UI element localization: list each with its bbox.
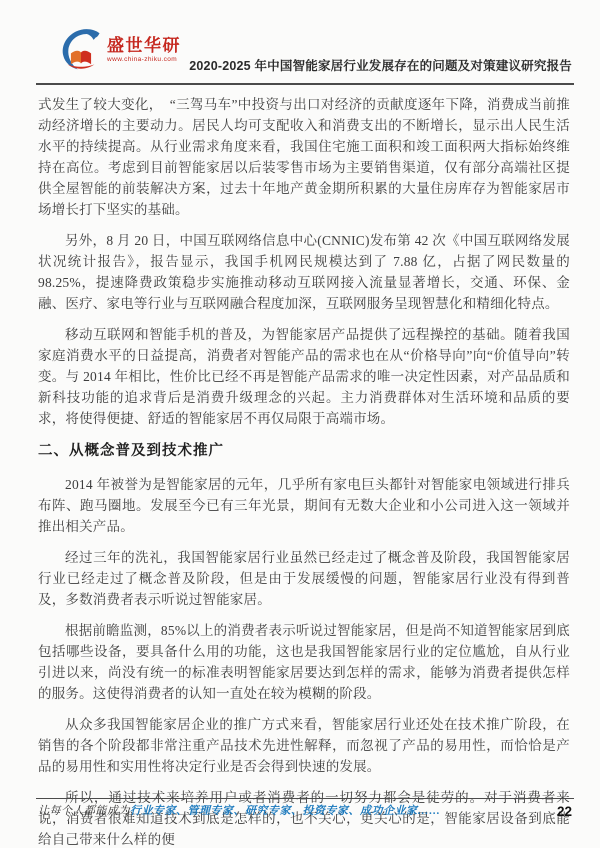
- logo-company-name: 盛世华研: [107, 37, 181, 55]
- logo-website: www.china-zhiku.com: [107, 56, 181, 63]
- footer-slogan-prefix: 让每个人都能成为: [38, 805, 130, 817]
- page-footer: 让每个人都能成为行业专家、管理专家、研究专家、投资专家、成功企业家…… 22: [0, 798, 600, 819]
- footer-row: 让每个人都能成为行业专家、管理专家、研究专家、投资专家、成功企业家…… 22: [0, 799, 600, 819]
- report-page: 盛世华研 www.china-zhiku.com 2020-2025 年中国智能…: [0, 0, 600, 848]
- paragraph-1: 式发生了较大变化， “三驾马车”中投资与出口对经济的贡献度逐年下降，消费成当前推…: [38, 94, 570, 220]
- page-body: 式发生了较大变化， “三驾马车”中投资与出口对经济的贡献度逐年下降，消费成当前推…: [0, 86, 600, 848]
- header-divider: [36, 83, 574, 85]
- paragraph-7: 从众多我国智能家居企业的推广方式来看，智能家居行业还处在技术推广阶段，在销售的各…: [38, 714, 570, 777]
- footer-slogan-highlight: 行业专家、管理专家、研究专家、投资专家、成功企业家……: [130, 805, 441, 817]
- paragraph-6: 根据前瞻监测，85%以上的消费者表示听说过智能家居，但是尚不知道智能家居到底包括…: [38, 620, 570, 704]
- page-number: 22: [557, 804, 572, 819]
- page-header: 盛世华研 www.china-zhiku.com 2020-2025 年中国智能…: [0, 0, 600, 86]
- paragraph-2: 另外，8 月 20 日，中国互联网络信息中心(CNNIC)发布第 42 次《中国…: [38, 230, 570, 314]
- report-title: 2020-2025 年中国智能家居行业发展存在的问题及对策建议研究报告: [189, 56, 572, 74]
- company-logo: 盛世华研 www.china-zhiku.com: [60, 27, 181, 73]
- logo-book-swoosh-icon: [60, 27, 102, 73]
- paragraph-3: 移动互联网和智能手机的普及，为智能家居产品提供了远程操控的基础。随着我国家庭消费…: [38, 324, 570, 429]
- footer-slogan: 让每个人都能成为行业专家、管理专家、研究专家、投资专家、成功企业家……: [38, 804, 441, 819]
- paragraph-4: 2014 年被誉为是智能家居的元年，几乎所有家电巨头都针对智能家电领域进行排兵布…: [38, 474, 570, 537]
- logo-text-block: 盛世华研 www.china-zhiku.com: [107, 37, 181, 63]
- paragraph-5: 经过三年的洗礼，我国智能家居行业虽然已经走过了概念普及阶段，我国智能家居行业已经…: [38, 547, 570, 610]
- section-heading: 二、从概念普及到技术推广: [38, 441, 570, 462]
